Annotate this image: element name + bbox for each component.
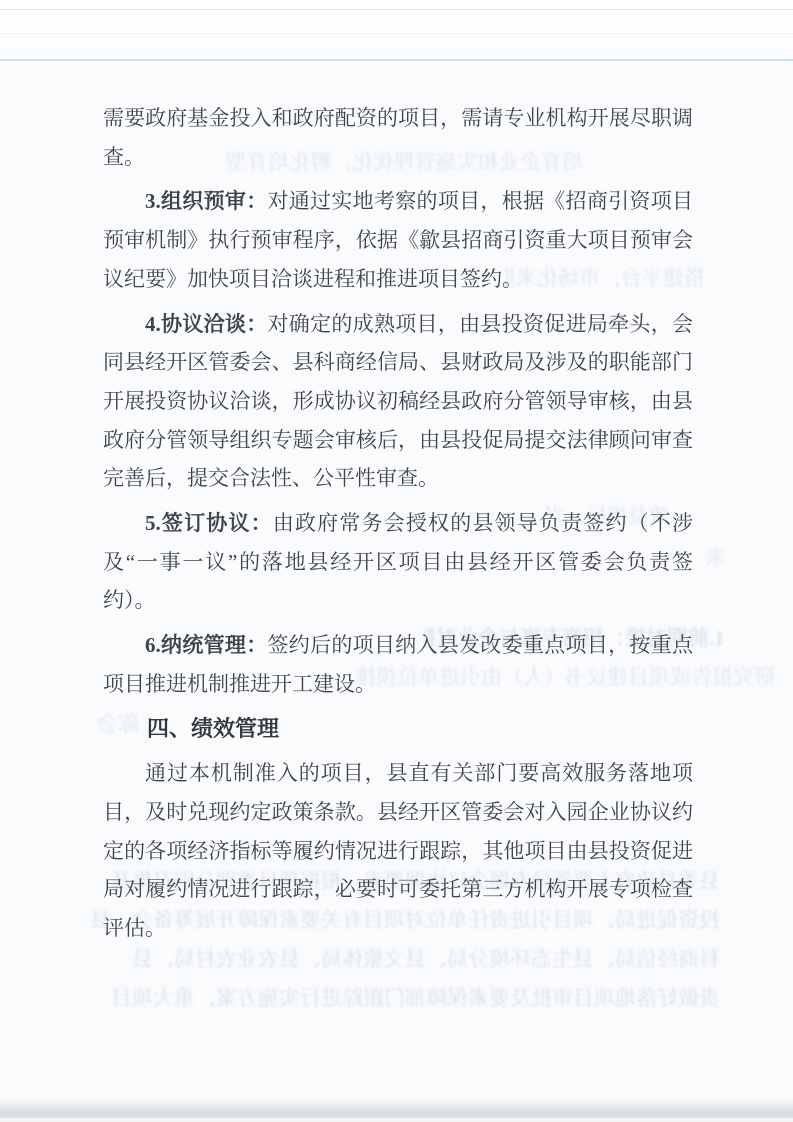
bleedthrough-line: 责做好落地项目审批及要素保障部门跟踪进行实施方案，重大项目	[88, 986, 720, 1010]
paragraph-step-6: 6.纳统管理：签约后的项目纳入县发改委重点项目，按重点项目推进机制推进开工建设。	[103, 626, 693, 703]
paragraph-text: 通过本机制准入的项目，县直有关部门要高效服务落地项目，及时兑现约定政策条款。县经…	[103, 761, 693, 940]
paragraph-step-5: 5.签订协议：由政府常务会授权的县领导负责签约（不涉及“一事一议”的落地县经开区…	[103, 504, 693, 620]
document-text-block: 需要政府基金投入和政府配资的项目，需请专业机构开展尽职调查。 3.组织预审：对通…	[103, 99, 693, 954]
paragraph-text: 对确定的成熟项目，由县投资促进局牵头，会同县经开区管委会、县科商经信局、县财政局…	[103, 312, 693, 491]
scan-bottom-shadow	[0, 1098, 793, 1118]
section-heading-performance-management: 四、绩效管理	[103, 710, 693, 749]
paragraph-performance-body: 通过本机制准入的项目，县直有关部门要高效服务落地项目，及时兑现约定政策条款。县经…	[103, 754, 693, 948]
paragraph-lead: 3.组织预审：	[145, 189, 268, 213]
paragraph-lead: 6.纳统管理：	[145, 633, 268, 657]
paragraph-step-3: 3.组织预审：对通过实地考察的项目，根据《招商引资项目预审机制》执行预审程序，依…	[103, 182, 693, 298]
paragraph-text: 需要政府基金投入和政府配资的项目，需请专业机构开展尽职调查。	[103, 106, 693, 169]
paragraph-step-4: 4.协议洽谈：对确定的成熟项目，由县投资促进局牵头，会同县经开区管委会、县科商经…	[103, 305, 693, 499]
scan-artifact-line	[0, 33, 793, 34]
scanned-document-page: 培育企业和实施管理优化，孵化培育型企业 搭建平台，市场化来期 效益指标，兴 来 …	[0, 0, 793, 1122]
bleedthrough-line: 来	[696, 545, 726, 569]
scan-artifact-line	[0, 9, 793, 10]
paragraph-lead: 4.协议洽谈：	[145, 312, 268, 336]
paragraph-lead: 5.签订协议：	[145, 511, 273, 535]
scan-artifact-blue-line	[0, 59, 793, 61]
scan-bottom-edge	[0, 1118, 793, 1122]
paragraph-continuation: 需要政府基金投入和政府配资的项目，需请专业机构开展尽职调查。	[103, 99, 693, 176]
